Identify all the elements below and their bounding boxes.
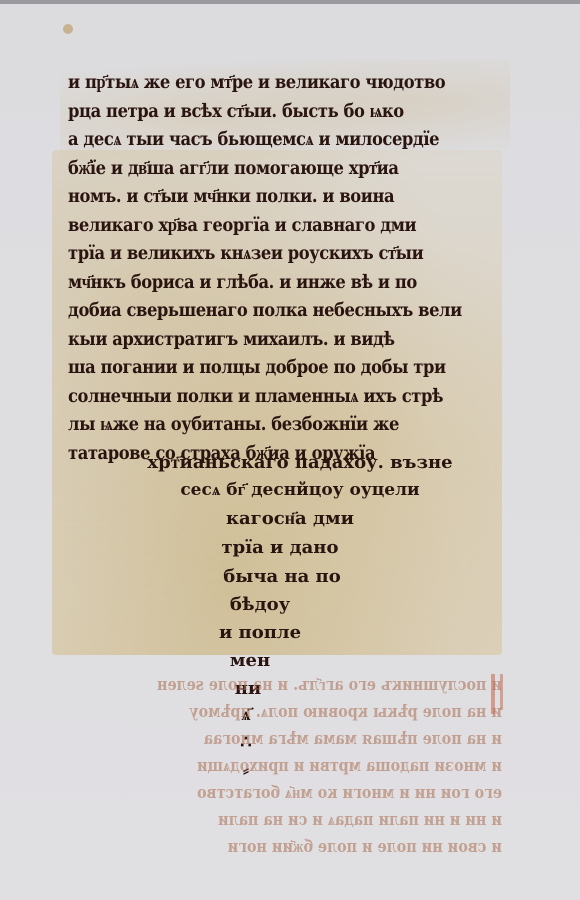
scan-edge xyxy=(0,0,580,4)
tapered-line: кагосн҃а дми xyxy=(0,508,580,529)
text-line: рца петра и всѣх ст҃ыи. бысть бо ѩко xyxy=(68,97,464,126)
bleed-line: и на поле рѣкы кровию полѧ. прѣмоу xyxy=(132,699,502,726)
text-line: бж҃їе и дв҃ша агг҃ли помогающе хрт҃иа xyxy=(68,154,464,183)
bleed-line: и ни и ни пали падаѧ и си на пали xyxy=(132,807,502,834)
bleed-line: и на поле пѣшая мама мѣга многаа xyxy=(132,726,502,753)
text-line: солнечныи полки и пламенныѧ ихъ стрѣ xyxy=(68,382,464,411)
text-line: добиа сверьшенаго полка небесныхъ вели xyxy=(68,296,464,325)
tapered-line: мен xyxy=(0,650,540,671)
main-text-block: и пр҃тыѧ же его мт҃ре и великаго чюдотво… xyxy=(68,68,528,467)
text-line: хрт҃ианьскаго падахоу. възне xyxy=(10,452,580,473)
bleed-line: и свои ни поле и поле бж҃ии ноги xyxy=(132,834,502,861)
tapered-line: бѣдоу xyxy=(0,594,550,615)
text-line: лы ѩже на оубитаны. безбожнїи же xyxy=(68,410,464,439)
tapered-line: сесѧ бг҃ деснйцоу оуцели xyxy=(10,480,580,500)
text-line: мч҃нкъ бориса и глѣба. и инже вѣ и по xyxy=(68,268,464,297)
red-initial-bleed xyxy=(491,674,495,714)
manuscript-page: и пр҃тыѧ же его мт҃ре и великаго чюдотво… xyxy=(0,0,580,900)
text-line: а десѧ тыи часъ бьющемсѧ и милосердїе xyxy=(68,125,464,154)
tapered-line: и попле xyxy=(0,622,550,643)
foxing-spot xyxy=(63,24,73,34)
bleed-line: и мнози падоша мртви и приходѧщи xyxy=(132,753,502,780)
text-line: и пр҃тыѧ же его мт҃ре и великаго чюдотво xyxy=(68,68,464,97)
text-line: великаго хр҃ва георгїа и славнаго дми xyxy=(68,211,464,240)
text-line: номъ. и ст҃ыи мч҃нки полки. и воина xyxy=(68,182,464,211)
text-line: кыи архистратигъ михаилъ. и видѣ xyxy=(68,325,464,354)
text-line: трїа и великихъ кнѧзеи роускихъ ст҃ыи xyxy=(68,239,464,268)
bleed-through-text: и послушникъ его агг҃лъ. и на поле ѕелен… xyxy=(62,672,502,861)
bleed-line: его гои ни и многи ко мн҃ѧ богатство xyxy=(132,780,502,807)
red-initial-bleed xyxy=(500,674,503,710)
bleed-line: и послушникъ его агг҃лъ. и на поле ѕелен xyxy=(132,672,502,699)
text-line: ша погании и полцы доброе по добы три xyxy=(68,353,464,382)
tapered-line: трїа и дано xyxy=(0,537,570,558)
tapered-line: быча на по xyxy=(0,566,572,587)
